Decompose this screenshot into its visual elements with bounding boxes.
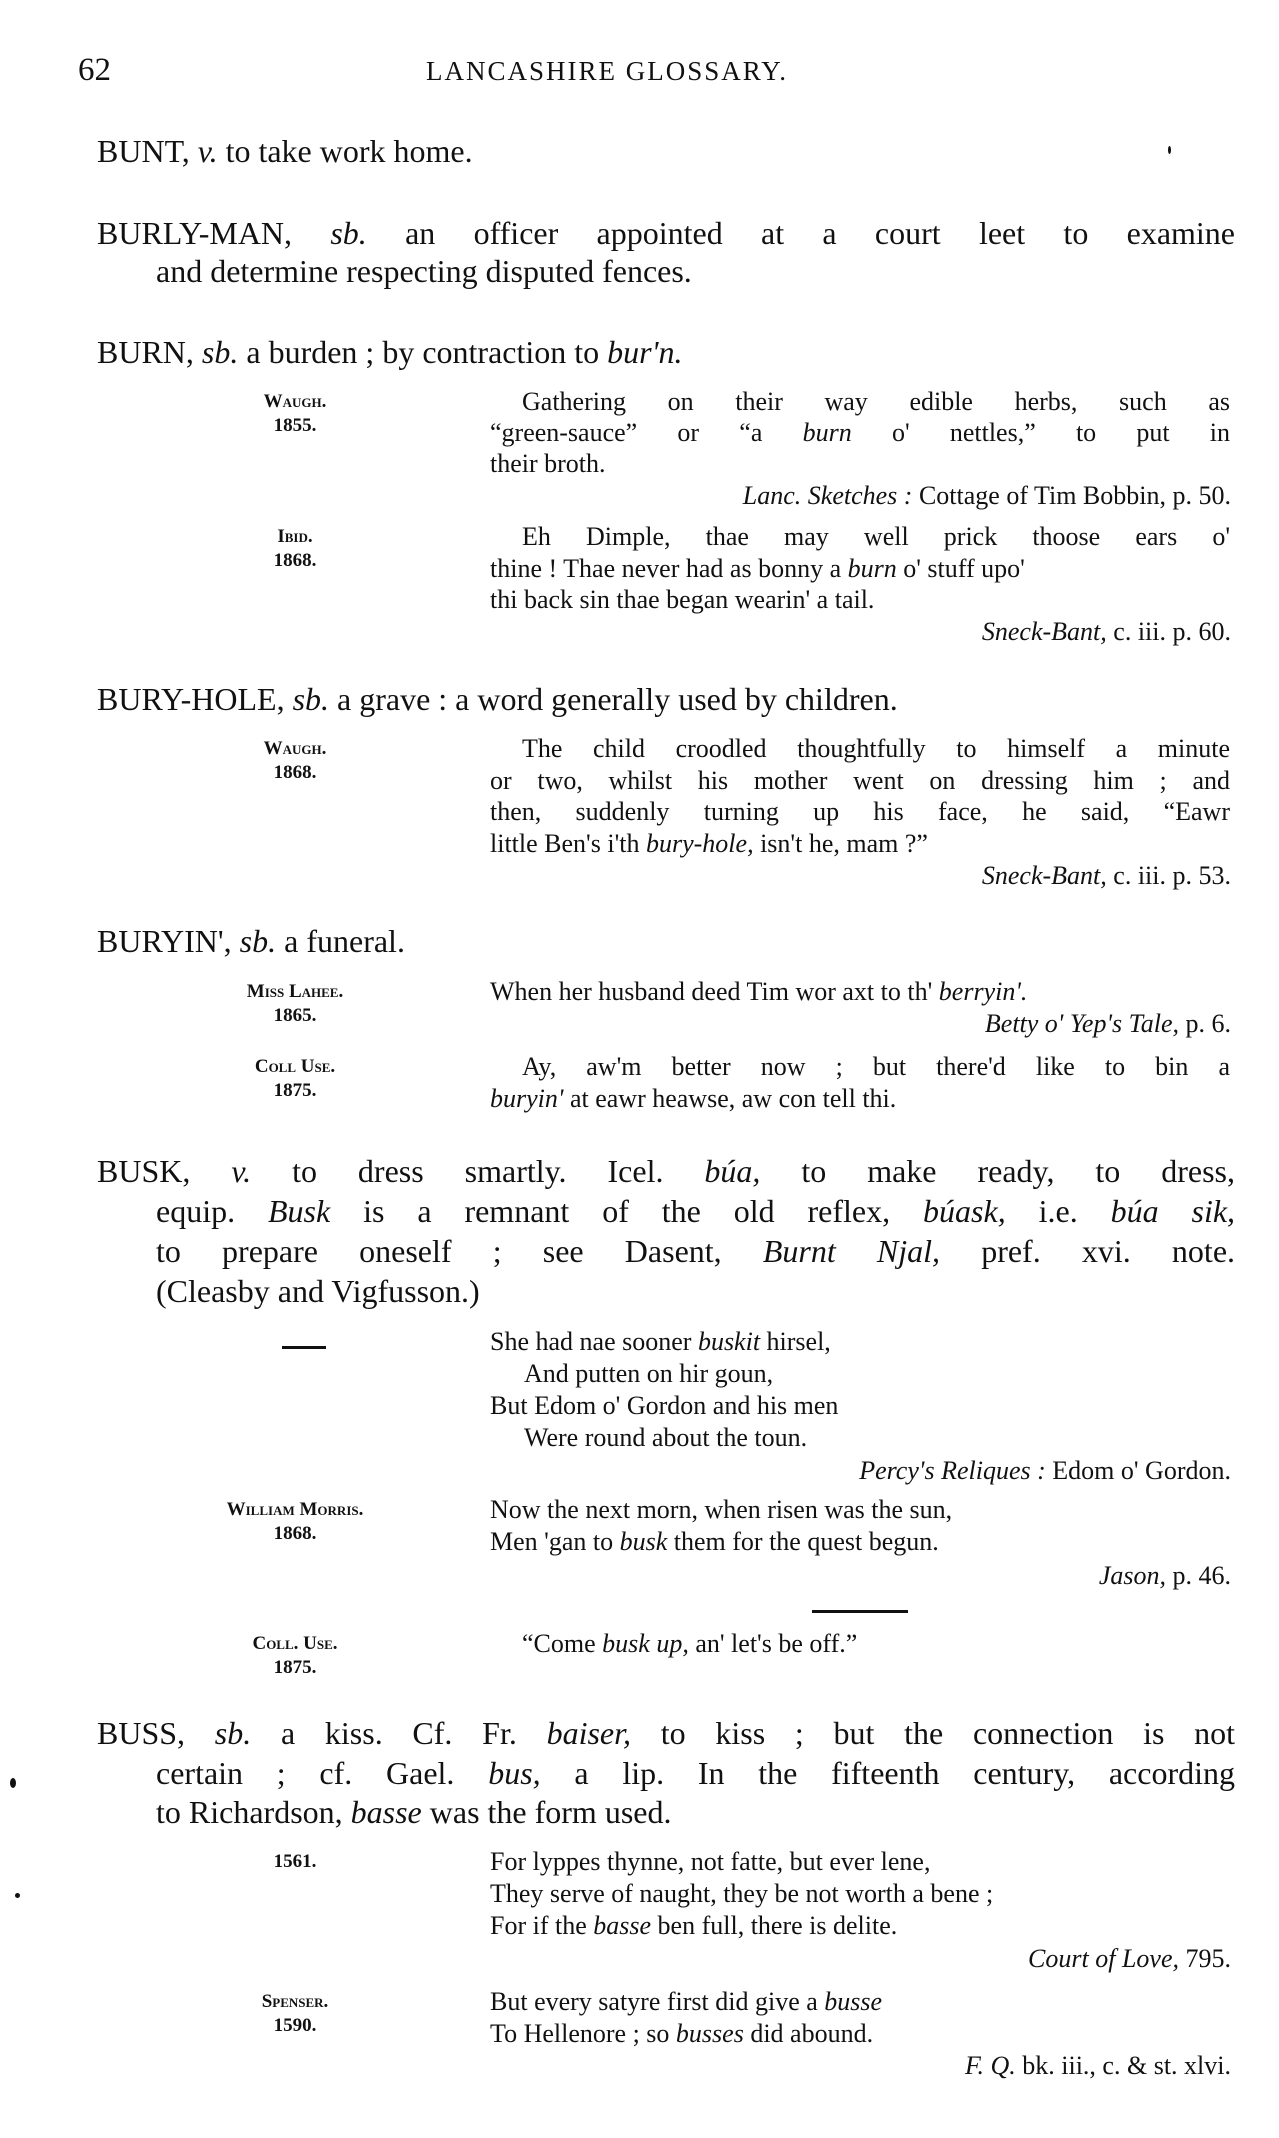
quote-text: little Ben's i'th [490, 829, 639, 858]
quote-line: Were round about the toun. [524, 1422, 807, 1453]
source-title: Court of Love, [1028, 1944, 1179, 1973]
source-title: Sneck-Bant, [982, 861, 1107, 890]
quote-line: For lyppes thynne, not fatte, but ever l… [490, 1846, 930, 1877]
quote-line: For if the basse ben full, there is deli… [490, 1910, 897, 1941]
entry-buss: BUSS, sb. a kiss. Cf. Fr. baiser, to kis… [97, 1714, 1235, 1752]
definition-italic: búask, [923, 1193, 1006, 1229]
definition: to prepare oneself ; see Dasent, [156, 1233, 722, 1269]
citation-author: Spenser. 1590. [195, 1990, 395, 2038]
author: Waugh. [195, 390, 395, 414]
citation-author: Waugh. 1868. [195, 737, 395, 785]
quote-text: hirsel, [767, 1327, 831, 1356]
citation-author: Ibid. 1868. [195, 525, 395, 573]
quote-text: To Hellenore ; so [490, 2019, 669, 2048]
quote-line: And putten on hir goun, [524, 1358, 773, 1389]
source-ref: bk. iii., c. & st. xlvi. [1022, 2051, 1231, 2080]
source-title: F. Q. [965, 2051, 1016, 2080]
quote-text: isn't he, mam ?” [760, 829, 928, 858]
quote-italic: berryin'. [939, 977, 1028, 1006]
author: Waugh. [195, 737, 395, 761]
quote-text: ben full, there is delite. [658, 1911, 898, 1940]
definition-continued: equip. Busk is a remnant of the old refl… [156, 1192, 1235, 1230]
source-ref: p. 46. [1173, 1561, 1232, 1590]
source-ref: 795. [1186, 1944, 1232, 1973]
quote-line: thi back sin thae began wearin' a tail. [490, 584, 874, 615]
quote-line: The child croodled thoughtfully to himse… [490, 733, 1230, 764]
quote-text: thine ! Thae never had as bonny a [490, 554, 841, 583]
quote-line: little Ben's i'th bury-hole, isn't he, m… [490, 828, 928, 859]
quote-line: Men 'gan to busk them for the quest begu… [490, 1526, 939, 1557]
quote-italic: buskit [698, 1327, 760, 1356]
part-of-speech: sb. [215, 1715, 251, 1751]
definition-italic: búa, [704, 1153, 760, 1189]
quote-line: She had nae sooner buskit hirsel, [490, 1326, 831, 1357]
definition-italic: baiser, [547, 1715, 631, 1751]
quote-text: When her husband deed Tim wor axt to th' [490, 977, 932, 1006]
quote-text: o' stuff upo' [903, 554, 1025, 583]
definition-continued: (Cleasby and Vigfusson.) [156, 1272, 480, 1310]
definition: was the form used. [430, 1794, 672, 1830]
source-ref: c. iii. p. 60. [1113, 617, 1231, 646]
scan-speck [15, 1893, 20, 1898]
definition: equip. [156, 1193, 235, 1229]
quote-line: But Edom o' Gordon and his men [490, 1390, 838, 1421]
part-of-speech: v. [198, 133, 218, 169]
quote-line: their broth. [490, 448, 606, 479]
source-title: Betty o' Yep's Tale, [985, 1009, 1179, 1038]
year: 1868. [195, 549, 395, 573]
quote-line: Gathering on their way edible herbs, suc… [490, 386, 1230, 417]
quote-source: Jason, p. 46. [1099, 1560, 1231, 1591]
definition-italic: Busk [268, 1193, 330, 1229]
year: 1561. [195, 1850, 395, 1874]
quote-source: Sneck-Bant, c. iii. p. 60. [982, 616, 1231, 647]
definition: pref. xvi. note. [981, 1233, 1235, 1269]
citation-author: William Morris. 1868. [175, 1498, 415, 1546]
source-ref: Edom o' Gordon. [1052, 1456, 1231, 1485]
entry-burn: BURN, sb. a burden ; by contraction to b… [97, 333, 682, 371]
headword: BUNT, [97, 133, 190, 169]
definition: to make ready, to dress, [801, 1153, 1235, 1189]
running-head: LANCASHIRE GLOSSARY. [426, 56, 788, 87]
quote-source: Sneck-Bant, c. iii. p. 53. [982, 860, 1231, 891]
quote-source: Lanc. Sketches : Cottage of Tim Bobbin, … [743, 480, 1231, 511]
entry-busk: BUSK, v. to dress smartly. Icel. búa, to… [97, 1152, 1235, 1190]
source-ref: c. iii. p. 53. [1113, 861, 1231, 890]
definition: a burden ; by contraction to [246, 334, 599, 370]
definition: to take work home. [226, 133, 473, 169]
definition-italic: bur'n. [607, 334, 682, 370]
author: Miss Lahee. [195, 980, 395, 1004]
author: Spenser. [195, 1990, 395, 2014]
quote-line: thine ! Thae never had as bonny a burn o… [490, 553, 1025, 584]
citation-author: Coll Use. 1875. [195, 1055, 395, 1103]
author: Ibid. [195, 525, 395, 549]
quote-italic: busk [620, 1527, 668, 1556]
quote-line: To Hellenore ; so busses did abound. [490, 2018, 873, 2049]
quote-text: them for the quest begun. [674, 1527, 939, 1556]
quote-italic: burn [803, 418, 852, 447]
quote-text: Men 'gan to [490, 1527, 613, 1556]
quote-source: Betty o' Yep's Tale, p. 6. [985, 1008, 1231, 1039]
definition: a grave : a word generally used by child… [337, 681, 898, 717]
definition-continued: certain ; cf. Gael. bus, a lip. In the f… [156, 1754, 1235, 1792]
definition: a funeral. [284, 923, 405, 959]
headword: BUSS, [97, 1715, 185, 1751]
year: 1868. [175, 1522, 415, 1546]
quote-italic: busses [676, 2019, 744, 2048]
quote-line: Eh Dimple, thae may well prick thoose ea… [490, 521, 1230, 552]
entry-bunt: BUNT, v. to take work home. [97, 132, 473, 170]
source-ref: Cottage of Tim Bobbin, p. 50. [919, 481, 1231, 510]
quote-text: “Come [522, 1629, 596, 1658]
headword: BURY-HOLE, [97, 681, 285, 717]
author: Coll Use. [195, 1055, 395, 1079]
definition-italic: búa sik, [1111, 1193, 1235, 1229]
year: 1855. [195, 414, 395, 438]
quote-italic: busk up, [602, 1629, 689, 1658]
quote-source: F. Q. bk. iii., c. & st. xlvi. [965, 2050, 1231, 2081]
year: 1875. [195, 1656, 395, 1680]
section-rule [812, 1610, 908, 1613]
year: 1590. [195, 2014, 395, 2038]
quote-italic: busse [824, 1987, 882, 2016]
part-of-speech: v. [231, 1153, 251, 1189]
quote-text: But every satyre first did give a [490, 1987, 818, 2016]
definition-continued: and determine respecting disputed fences… [156, 252, 692, 290]
quote-line: “green-sauce” or “a burn o' nettles,” to… [490, 417, 1230, 448]
definition: is a remnant of the old reflex, [363, 1193, 890, 1229]
definition: an officer appointed at a court leet to … [405, 215, 1235, 251]
year: 1865. [195, 1004, 395, 1028]
headword: BURYIN', [97, 923, 232, 959]
quote-line: When her husband deed Tim wor axt to th'… [490, 976, 1027, 1007]
source-title: Lanc. Sketches : [743, 481, 913, 510]
quote-line: buryin' at eawr heawse, aw con tell thi. [490, 1083, 896, 1114]
definition: i.e. [1039, 1193, 1078, 1229]
year: 1875. [195, 1079, 395, 1103]
scan-speck [10, 1778, 16, 1788]
quote-source: Percy's Reliques : Edom o' Gordon. [859, 1455, 1231, 1486]
author: Coll. Use. [195, 1632, 395, 1656]
headword: BURLY-MAN, [97, 215, 292, 251]
quote-text: at eawr heawse, aw con tell thi. [570, 1084, 896, 1113]
quote-text: an' let's be off.” [695, 1629, 857, 1658]
quote-text: She had nae sooner [490, 1327, 691, 1356]
ditto-dash [282, 1346, 326, 1349]
definition-italic: bus, [488, 1755, 540, 1791]
definition: a lip. In the fifteenth century, accordi… [574, 1755, 1235, 1791]
definition: a kiss. Cf. Fr. [281, 1715, 517, 1751]
definition: to dress smartly. Icel. [292, 1153, 663, 1189]
quote-source: Court of Love, 795. [1028, 1943, 1231, 1974]
definition-continued: to Richardson, basse was the form used. [156, 1793, 671, 1831]
quote-text: did abound. [750, 2019, 873, 2048]
headword: BURN, [97, 334, 194, 370]
part-of-speech: sb. [330, 215, 366, 251]
quote-italic: basse [593, 1911, 651, 1940]
source-title: Sneck-Bant, [982, 617, 1107, 646]
quote-italic: buryin' [490, 1084, 563, 1113]
quote-line: They serve of naught, they be not worth … [490, 1878, 993, 1909]
source-ref: p. 6. [1186, 1009, 1232, 1038]
part-of-speech: sb. [240, 923, 276, 959]
definition: to Richardson, [156, 1794, 343, 1830]
author: William Morris. [175, 1498, 415, 1522]
entry-buryin: BURYIN', sb. a funeral. [97, 922, 405, 960]
quote-text: “green-sauce” or “a [490, 418, 762, 447]
entry-burly-man: BURLY-MAN, sb. an officer appointed at a… [97, 214, 1235, 252]
definition-italic: basse [351, 1794, 422, 1830]
quote-line: then, suddenly turning up his face, he s… [490, 796, 1230, 827]
part-of-speech: sb. [293, 681, 329, 717]
quote-line: or two, whilst his mother went on dressi… [490, 765, 1230, 796]
part-of-speech: sb. [202, 334, 238, 370]
definition-italic: Burnt Njal, [763, 1233, 940, 1269]
quote-line: But every satyre first did give a busse [490, 1986, 882, 2017]
source-title: Jason, [1099, 1561, 1166, 1590]
quote-text: o' nettles,” to put in [892, 418, 1230, 447]
quote-italic: bury-hole, [646, 829, 754, 858]
quote-line: “Come busk up, an' let's be off.” [522, 1628, 857, 1659]
quote-line: Ay, aw'm better now ; but there'd like t… [490, 1051, 1230, 1082]
definition: certain ; cf. Gael. [156, 1755, 454, 1791]
citation-author: 1561. [195, 1850, 395, 1874]
definition-continued: to prepare oneself ; see Dasent, Burnt N… [156, 1232, 1235, 1270]
scan-speck [1168, 146, 1171, 154]
citation-author: Waugh. 1855. [195, 390, 395, 438]
headword: BUSK, [97, 1153, 190, 1189]
citation-author: Miss Lahee. 1865. [195, 980, 395, 1028]
source-title: Percy's Reliques : [859, 1456, 1046, 1485]
citation-author: Coll. Use. 1875. [195, 1632, 395, 1680]
entry-bury-hole: BURY-HOLE, sb. a grave : a word generall… [97, 680, 898, 718]
year: 1868. [195, 761, 395, 785]
page-number: 62 [78, 52, 111, 89]
quote-italic: burn [848, 554, 897, 583]
quote-line: Now the next morn, when risen was the su… [490, 1494, 952, 1525]
quote-text: For if the [490, 1911, 587, 1940]
definition: to kiss ; but the connection is not [661, 1715, 1235, 1751]
